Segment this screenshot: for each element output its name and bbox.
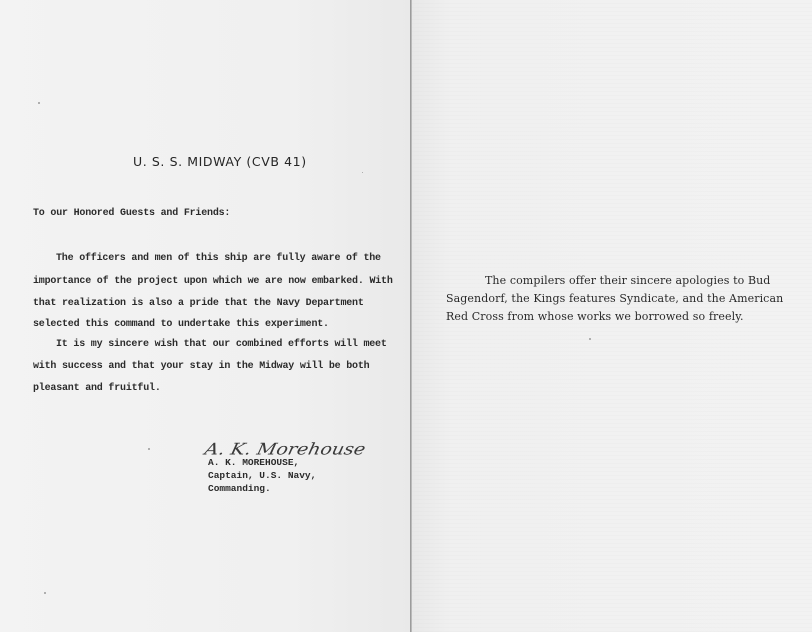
paragraph-1-line-2: importance of the project upon which we … bbox=[33, 276, 393, 287]
signatory-rank: Captain, U.S. Navy, bbox=[208, 470, 316, 481]
handwritten-signature: A. K. Morehouse bbox=[203, 440, 367, 459]
paper-speck bbox=[44, 592, 46, 594]
credits-line-3: Red Cross from whose works we borrowed s… bbox=[446, 308, 776, 326]
paragraph-1-line-3: that realization is also a pride that th… bbox=[33, 298, 364, 309]
salutation: To our Honored Guests and Friends: bbox=[33, 208, 230, 219]
paragraph-1-line-4: selected this command to undertake this … bbox=[33, 319, 329, 330]
paragraph-2-line-1: It is my sincere wish that our combined … bbox=[56, 339, 387, 350]
paper-speck bbox=[38, 102, 40, 104]
paragraph-2-line-2: with success and that your stay in the M… bbox=[33, 361, 369, 372]
left-page: U. S. S. MIDWAY (CVB 41) To our Honored … bbox=[0, 0, 411, 632]
paper-speck bbox=[362, 172, 363, 173]
paragraph-2-line-3: pleasant and fruitful. bbox=[33, 383, 161, 394]
credits-line-2: Sagendorf, the Kings features Syndicate,… bbox=[446, 290, 776, 308]
paragraph-1-line-1: The officers and men of this ship are fu… bbox=[56, 253, 381, 264]
signatory-role: Commanding. bbox=[208, 483, 271, 494]
signatory-name: A. K. MOREHOUSE, bbox=[208, 457, 299, 468]
paper-speck bbox=[589, 338, 591, 340]
letterhead-title: U. S. S. MIDWAY (CVB 41) bbox=[133, 154, 307, 169]
document-spread: U. S. S. MIDWAY (CVB 41) To our Honored … bbox=[0, 0, 812, 632]
credits-paragraph: The compilers offer their sincere apolog… bbox=[446, 272, 776, 326]
paper-speck bbox=[148, 448, 150, 450]
credits-line-1: The compilers offer their sincere apolog… bbox=[446, 272, 776, 290]
